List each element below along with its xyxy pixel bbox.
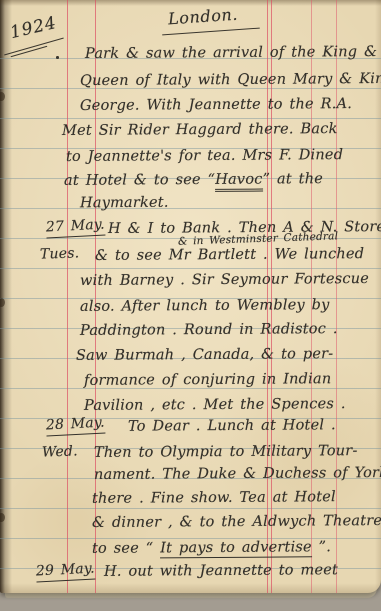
- journal-line: with Barney . Sir Seymour Fortescue: [80, 271, 369, 290]
- journal-line: also. After lunch to Wembley by: [80, 297, 330, 316]
- entry-date-label: 27 May.: [46, 216, 106, 238]
- margin-rule-5: [336, 0, 337, 593]
- journal-line: Queen of Italy with Queen Mary & King: [80, 71, 381, 90]
- line-text: ”.: [312, 539, 331, 555]
- journal-line: to Jeannette's for tea. Mrs F. Dined: [66, 147, 343, 166]
- journal-line: & to see Mr Bartlett . We lunched: [95, 246, 364, 265]
- journal-line: Paddington . Round in Radistoc .: [80, 321, 338, 340]
- entry-date-label: 28 May.: [46, 414, 106, 436]
- journal-line: to see “ It pays to advertise ”.: [92, 539, 331, 558]
- line-text: to see “: [92, 540, 160, 556]
- journal-line: & dinner , & to the Aldwych Theatre: [92, 513, 381, 532]
- journal-line: George. With Jeannette to the R.A.: [80, 96, 352, 115]
- journal-line: at Hotel & to see “Havoc” at the: [64, 171, 323, 190]
- margin-rule-1: [67, 0, 68, 593]
- journal-line: Met Sir Rider Haggard there. Back: [62, 121, 338, 140]
- line-text: ” at the: [263, 171, 324, 187]
- journal-line: nament. The Duke & Duchess of York: [94, 465, 381, 484]
- entry-day-label: Wed.: [42, 443, 78, 461]
- journal-line: Haymarket.: [80, 195, 169, 213]
- ink-dot: [56, 56, 59, 59]
- entry-day-label: Tues.: [40, 245, 80, 263]
- underlined-play-title: It pays to advertise: [160, 539, 312, 558]
- year-label: 1924: [9, 15, 59, 42]
- journal-line: formance of conjuring in Indian: [84, 371, 331, 390]
- heading-underline: [162, 28, 260, 36]
- journal-line: To Dear . Lunch at Hotel .: [128, 417, 336, 435]
- journal-line: Then to Olympia to Military Tour-: [94, 443, 358, 462]
- entry-date-label: 29 May.: [36, 560, 96, 582]
- page-heading: London.: [167, 6, 238, 28]
- journal-line: Saw Burmah , Canada, & to per-: [76, 346, 333, 365]
- underlined-play-title: Havoc: [215, 172, 262, 192]
- journal-line: Park & saw the arrival of the King &: [85, 44, 377, 63]
- journal-line: there . Fine show. Tea at Hotel: [92, 489, 336, 508]
- journal-line: Pavilion , etc . Met the Spences .: [84, 396, 346, 415]
- line-text: at Hotel & to see “: [64, 172, 215, 189]
- journal-line: H. out with Jeannette to meet: [104, 562, 338, 581]
- diary-page: 1924 London. Park & saw the arrival of t…: [0, 0, 381, 593]
